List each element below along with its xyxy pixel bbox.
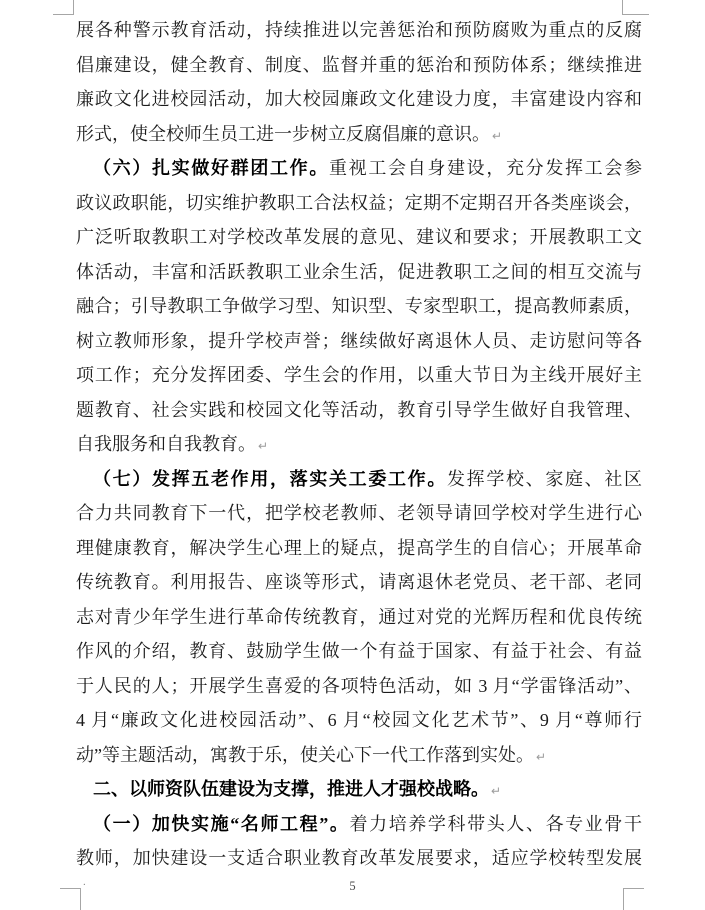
text-block: 展各种警示教育活动，持续推进以完善惩治和预防腐败为重点的反腐倡廉建设，健全教育、…	[76, 13, 642, 876]
text-line: 4 月“廉政文化进校园活动”、6 月“校园文化艺术节”、9 月“尊师行	[76, 703, 642, 738]
bold-text-segment: （六）扎实做好群团工作。	[93, 158, 329, 178]
text-line: 展各种警示教育活动，持续推进以完善惩治和预防腐败为重点的反腐	[76, 13, 642, 48]
text-line: 廉政文化进校园活动，加大校园廉政文化建设力度，丰富建设内容和	[76, 82, 642, 117]
text-boundary-corner-top-left-icon	[53, 0, 74, 15]
text-line: （一）加快实施“名师工程”。着力培养学科带头人、各专业骨干	[76, 807, 642, 842]
paragraph-mark-icon: ↵	[536, 750, 546, 764]
text-segment: 展各种警示教育活动，持续推进以完善惩治和预防腐败为重点的反腐	[76, 20, 642, 40]
text-segment: 自我服务和自我教育。	[76, 434, 256, 454]
text-segment: 传统教育。利用报告、座谈等形式，请离退休老党员、老干部、老同	[76, 572, 642, 592]
text-line: 二、以师资队伍建设为支撑，推进人才强校战略。↵	[76, 772, 642, 807]
text-segment: 廉政文化进校园活动，加大校园廉政文化建设力度，丰富建设内容和	[76, 89, 642, 109]
text-line: 倡廉建设，健全教育、制度、监督并重的惩治和预防体系；继续推进	[76, 48, 642, 83]
text-line: 自我服务和自我教育。↵	[76, 427, 642, 462]
text-segment: 题教育、社会实践和校园文化等活动，教育引导学生做好自我管理、	[76, 400, 642, 420]
text-segment: 着力培养学科带头人、各专业骨干	[350, 814, 643, 834]
text-line: 传统教育。利用报告、座谈等形式，请离退休老党员、老干部、老同	[76, 565, 642, 600]
text-line: 政议政职能，切实维护教职工合法权益；定期不定期召开各类座谈会，	[76, 186, 642, 221]
text-segment: 融合；引导教职工争做学习型、知识型、专家型职工，提高教师素质，	[76, 296, 642, 316]
bold-text-segment: （七）发挥五老作用，落实关工委工作。	[93, 469, 447, 489]
text-line: 动”等主题活动，寓教于乐，使关心下一代工作落到实处。↵	[76, 738, 642, 773]
paragraph-mark-icon: ↵	[492, 129, 502, 143]
text-line: 形式，使全校师生员工进一步树立反腐倡廉的意识。↵	[76, 117, 642, 152]
text-segment: 形式，使全校师生员工进一步树立反腐倡廉的意识。	[76, 124, 490, 144]
text-line: 树立教师形象，提升学校声誉；继续做好离退休人员、走访慰问等各	[76, 324, 642, 359]
text-line: （六）扎实做好群团工作。重视工会自身建设，充分发挥工会参	[76, 151, 642, 186]
text-segment: 发挥学校、家庭、社区	[447, 469, 642, 489]
text-line: 合力共同教育下一代，把学校老教师、老领导请回学校对学生进行心	[76, 496, 642, 531]
text-segment: 树立教师形象，提升学校声誉；继续做好离退休人员、走访慰问等各	[76, 331, 642, 351]
text-line: 融合；引导教职工争做学习型、知识型、专家型职工，提高教师素质，	[76, 289, 642, 324]
text-line: （七）发挥五老作用，落实关工委工作。发挥学校、家庭、社区	[76, 462, 642, 497]
text-line: 教师，加快建设一支适合职业教育改革发展要求，适应学校转型发展	[76, 841, 642, 876]
text-segment: 项工作；充分发挥团委、学生会的作用，以重大节日为主线开展好主	[76, 365, 642, 385]
document-page: 展各种警示教育活动，持续推进以完善惩治和预防腐败为重点的反腐倡廉建设，健全教育、…	[0, 0, 705, 910]
text-segment: 倡廉建设，健全教育、制度、监督并重的惩治和预防体系；继续推进	[76, 55, 642, 75]
text-segment: 动”等主题活动，寓教于乐，使关心下一代工作落到实处。	[76, 745, 534, 765]
paragraph-mark-icon: ↵	[491, 784, 501, 798]
text-segment: 志对青少年学生进行革命传统教育，通过对党的光辉历程和优良传统	[76, 607, 642, 627]
text-line: 广泛听取教职工对学校改革发展的意见、建议和要求；开展教职工文	[76, 220, 642, 255]
text-line: 题教育、社会实践和校园文化等活动，教育引导学生做好自我管理、	[76, 393, 642, 428]
text-line: 作风的介绍，教育、鼓励学生做一个有益于国家、有益于社会、有益	[76, 634, 642, 669]
text-line: 于人民的人；开展学生喜爱的各项特色活动，如 3 月“学雷锋活动”、	[76, 669, 642, 704]
text-segment: 广泛听取教职工对学校改革发展的意见、建议和要求；开展教职工文	[76, 227, 642, 247]
text-segment: 体活动，丰富和活跃教职工业余生活，促进教职工之间的相互交流与	[76, 262, 642, 282]
bold-text-segment: 二、以师资队伍建设为支撑，推进人才强校战略。	[93, 779, 489, 799]
text-segment: 合力共同教育下一代，把学校老教师、老领导请回学校对学生进行心	[76, 503, 642, 523]
text-segment: 于人民的人；开展学生喜爱的各项特色活动，如 3 月“学雷锋活动”、	[76, 676, 642, 696]
text-line: 志对青少年学生进行革命传统教育，通过对党的光辉历程和优良传统	[76, 600, 642, 635]
text-segment: 理健康教育，解决学生心理上的疑点，提高学生的自信心；开展革命	[76, 538, 642, 558]
bold-text-segment: （一）加快实施“名师工程”。	[93, 814, 350, 834]
text-segment: 4 月“廉政文化进校园活动”、6 月“校园文化艺术节”、9 月“尊师行	[76, 710, 642, 730]
page-number: 5	[0, 879, 705, 894]
text-segment: 作风的介绍，教育、鼓励学生做一个有益于国家、有益于社会、有益	[76, 641, 642, 661]
text-segment: 重视工会自身建设，充分发挥工会参	[329, 158, 642, 178]
text-segment: 政议政职能，切实维护教职工合法权益；定期不定期召开各类座谈会，	[76, 193, 642, 213]
text-line: 体活动，丰富和活跃教职工业余生活，促进教职工之间的相互交流与	[76, 255, 642, 290]
text-line: 项工作；充分发挥团委、学生会的作用，以重大节日为主线开展好主	[76, 358, 642, 393]
paragraph-mark-icon: ↵	[258, 439, 268, 453]
text-line: 理健康教育，解决学生心理上的疑点，提高学生的自信心；开展革命	[76, 531, 642, 566]
text-segment: 教师，加快建设一支适合职业教育改革发展要求，适应学校转型发展	[76, 848, 642, 868]
